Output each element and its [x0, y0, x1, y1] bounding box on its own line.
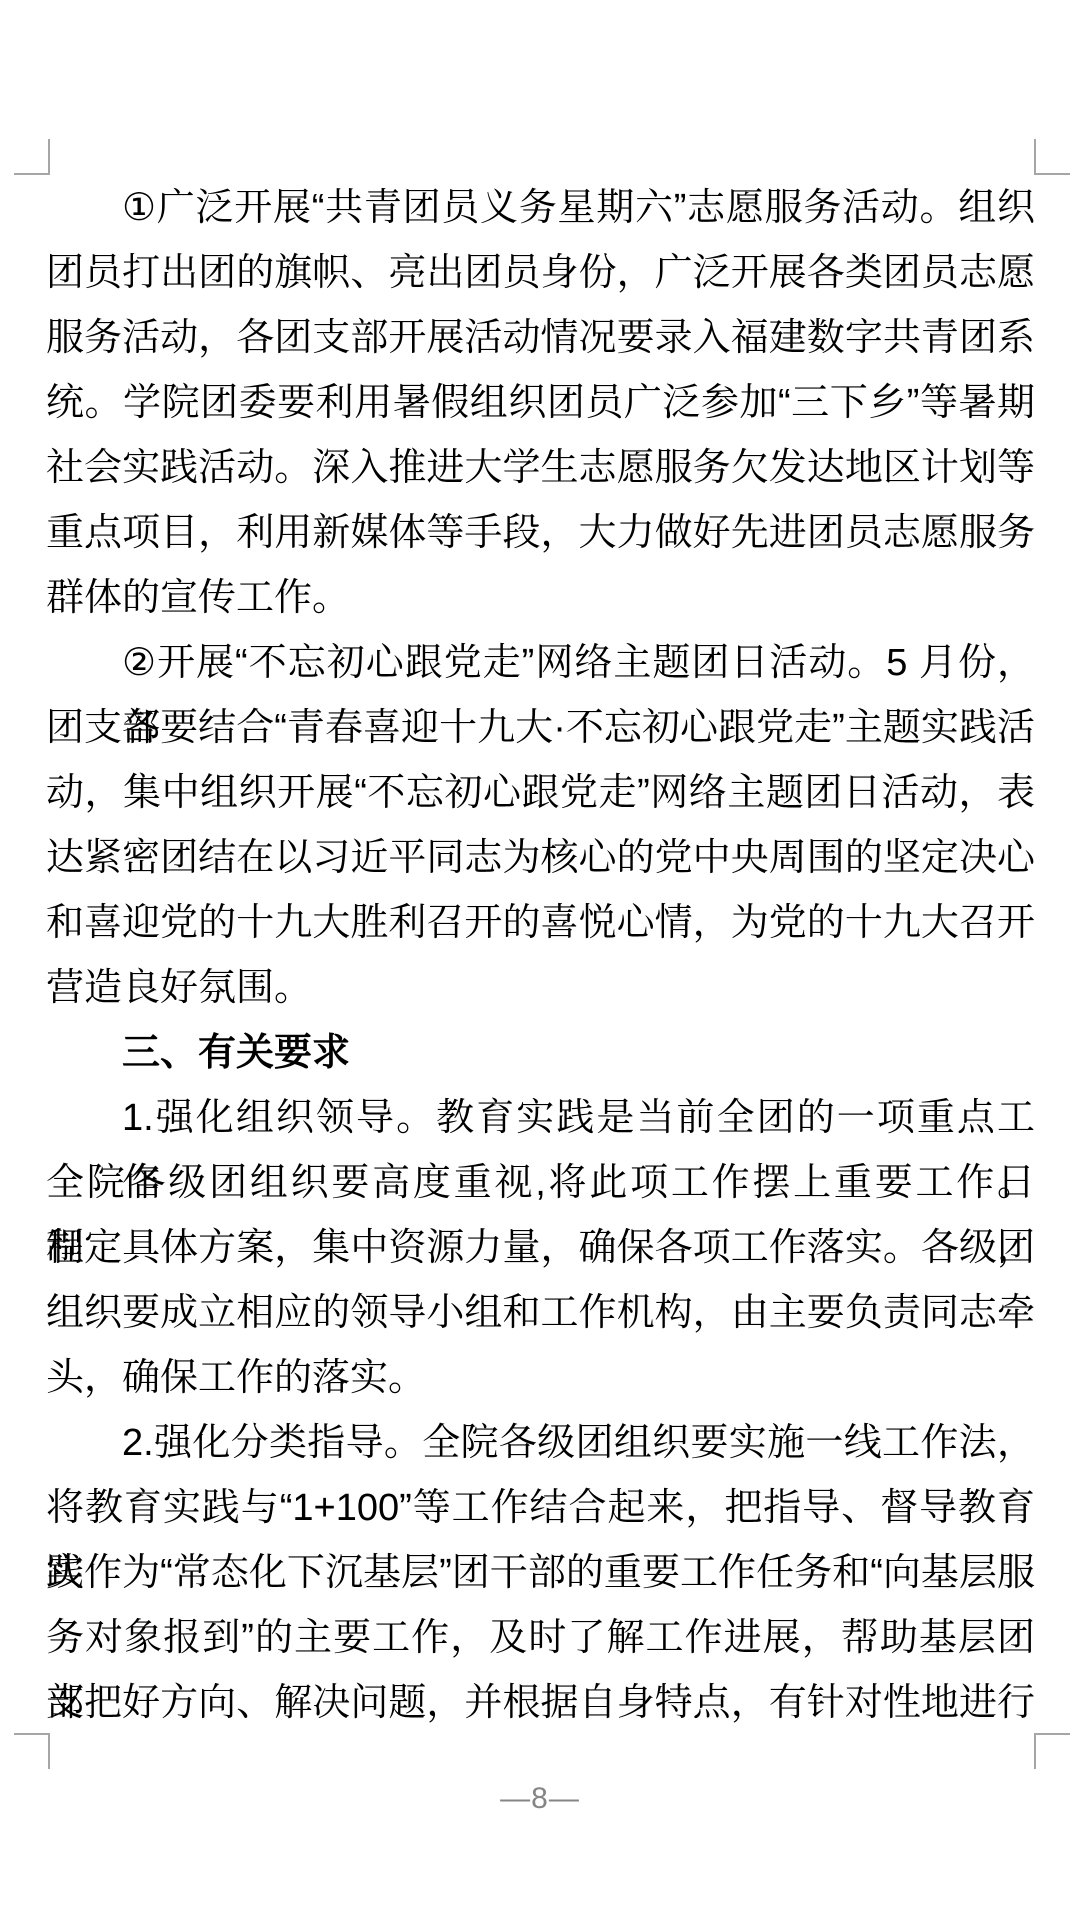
section-heading: 三、有关要求: [46, 1021, 1035, 1086]
text-line: 践作为“常态化下沉基层”团干部的重要工作任务和“向基层服: [46, 1541, 1035, 1606]
paragraph-first-line: 1.强化组织领导。教育实践是当前全团的一项重点工作。: [46, 1086, 1035, 1151]
text-line: 社会实践活动。深入推进大学生志愿服务欠发达地区计划等: [46, 436, 1035, 501]
text-line: 统。学院团委要利用暑假组织团员广泛参加“三下乡”等暑期: [46, 371, 1035, 436]
paragraph-last-line: 群体的宣传工作。: [46, 566, 1035, 631]
crop-mark-bottom-left-icon: [14, 1733, 50, 1769]
crop-mark-top-right-icon: [1034, 139, 1070, 175]
page-number: —8—: [0, 1782, 1080, 1816]
text-line: 组织要成立相应的领导小组和工作机构，由主要负责同志牵: [46, 1281, 1035, 1346]
text-line: 部把好方向、解决问题，并根据自身特点，有针对性地进行: [46, 1671, 1035, 1736]
paragraph-last-line: 头，确保工作的落实。: [46, 1346, 1035, 1411]
text-line: 制定具体方案，集中资源力量，确保各项工作落实。各级团: [46, 1216, 1035, 1281]
text-line: 将教育实践与“1+100”等工作结合起来，把指导、督导教育实: [46, 1476, 1035, 1541]
paragraph-first-line: 2.强化分类指导。全院各级团组织要实施一线工作法，: [46, 1411, 1035, 1476]
paragraph-first-line: ②开展“不忘初心跟党走”网络主题团日活动。5 月份，各: [46, 631, 1035, 696]
text-line: 动，集中组织开展“不忘初心跟党走”网络主题团日活动，表: [46, 761, 1035, 826]
text-line: 务对象报到”的主要工作，及时了解工作进展，帮助基层团支: [46, 1606, 1035, 1671]
document-text-block: ①广泛开展“共青团员义务星期六”志愿服务活动。组织 团员打出团的旗帜、亮出团员身…: [46, 176, 1035, 1736]
text-line: 达紧密团结在以习近平同志为核心的党中央周围的坚定决心: [46, 826, 1035, 891]
text-line: 团支部要结合“青春喜迎十九大·不忘初心跟党走”主题实践活: [46, 696, 1035, 761]
text-line: 重点项目，利用新媒体等手段，大力做好先进团员志愿服务: [46, 501, 1035, 566]
crop-mark-top-left-icon: [14, 139, 50, 175]
text-line: 和喜迎党的十九大胜利召开的喜悦心情，为党的十九大召开: [46, 891, 1035, 956]
text-line: 团员打出团的旗帜、亮出团员身份，广泛开展各类团员志愿: [46, 241, 1035, 306]
paragraph-last-line: 营造良好氛围。: [46, 956, 1035, 1021]
crop-mark-bottom-right-icon: [1034, 1733, 1070, 1769]
paragraph-first-line: ①广泛开展“共青团员义务星期六”志愿服务活动。组织: [46, 176, 1035, 241]
text-line: 全院各级团组织要高度重视,将此项工作摆上重要工作日程，: [46, 1151, 1035, 1216]
text-line: 服务活动，各团支部开展活动情况要录入福建数字共青团系: [46, 306, 1035, 371]
